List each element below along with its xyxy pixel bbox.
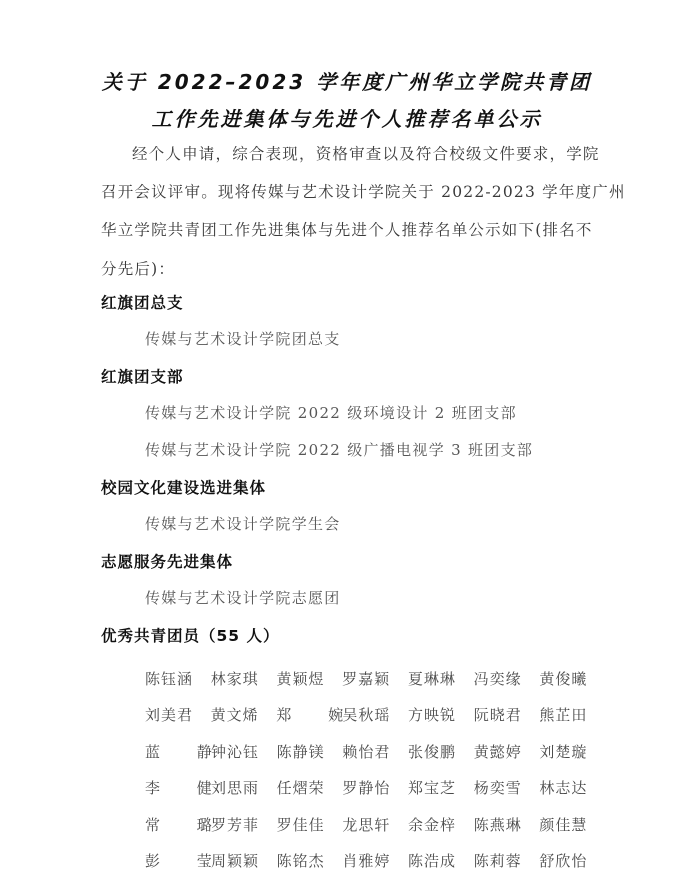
member-name: 冯奕缘 — [474, 668, 540, 689]
section-entry: 传媒与艺术设计学院志愿团 — [145, 587, 341, 608]
member-name-grid: 陈钰涵 林家琪 黄颖煜 罗嘉颖 夏琳琳 冯奕缘 黄俊曦 刘美君 黄文烯 郑 婉 … — [145, 660, 605, 879]
member-name: 黄俊曦 — [539, 668, 605, 689]
member-name: 刘美君 — [145, 704, 211, 725]
member-name: 刘思雨 — [211, 777, 277, 798]
intro-paragraph-line-2: 召开会议评审。现将传媒与艺术设计学院关于 2022-2023 学年度广州 — [101, 180, 587, 202]
section-heading-red-flag-general-branch: 红旗团总支 — [101, 291, 184, 313]
member-name: 舒欣怡 — [539, 850, 605, 871]
member-name: 黄懿婷 — [474, 741, 540, 762]
member-name: 钟沁钰 — [211, 741, 277, 762]
member-name: 阮晓君 — [474, 704, 540, 725]
member-row: 李 健 刘思雨 任熠荣 罗静怡 郑宝芝 杨奕雪 林志达 — [145, 770, 605, 807]
member-name: 颜佳慧 — [539, 814, 605, 835]
member-name: 陈燕琳 — [474, 814, 540, 835]
member-name: 龙思轩 — [342, 814, 408, 835]
member-name: 陈铭杰 — [277, 850, 343, 871]
member-name: 张俊鹏 — [408, 741, 474, 762]
member-name: 罗嘉颖 — [342, 668, 408, 689]
member-name: 陈静镁 — [277, 741, 343, 762]
member-name: 黄文烯 — [211, 704, 277, 725]
member-row: 蓝 静 钟沁钰 陈静镁 赖怡君 张俊鹏 黄懿婷 刘楚璇 — [145, 733, 605, 770]
member-name: 黄颖煜 — [276, 668, 342, 689]
intro-paragraph-line-4: 分先后)： — [101, 257, 587, 279]
member-name: 罗芳菲 — [211, 814, 277, 835]
member-row: 常 璐 罗芳菲 罗佳佳 龙思轩 余金梓 陈燕琳 颜佳慧 — [145, 806, 605, 843]
member-name: 陈浩成 — [408, 850, 474, 871]
section-entry: 传媒与艺术设计学院 2022 级广播电视学 3 班团支部 — [145, 439, 533, 460]
section-entry: 传媒与艺术设计学院 2022 级环境设计 2 班团支部 — [145, 402, 517, 423]
member-name: 郑宝芝 — [408, 777, 474, 798]
member-name: 杨奕雪 — [474, 777, 540, 798]
member-name: 吴秋瑶 — [342, 704, 408, 725]
member-name: 李 健 — [145, 777, 211, 798]
member-name: 周颖颖 — [211, 850, 277, 871]
document-title-line-2: 工作先进集体与先进个人推荐名单公示 — [0, 103, 694, 132]
section-heading-outstanding-members: 优秀共青团员（55 人） — [101, 624, 279, 646]
member-row: 陈钰涵 林家琪 黄颖煜 罗嘉颖 夏琳琳 冯奕缘 黄俊曦 — [145, 660, 605, 697]
member-name: 郑 婉 — [276, 704, 342, 725]
member-name: 常 璐 — [145, 814, 211, 835]
member-row: 刘美君 黄文烯 郑 婉 吴秋瑶 方映锐 阮晓君 熊芷田 — [145, 697, 605, 734]
member-name: 任熠荣 — [277, 777, 343, 798]
member-row: 彭 莹 周颖颖 陈铭杰 肖雅婷 陈浩成 陈莉蓉 舒欣怡 — [145, 843, 605, 880]
member-name: 肖雅婷 — [342, 850, 408, 871]
member-name: 罗佳佳 — [277, 814, 343, 835]
member-name: 林志达 — [539, 777, 605, 798]
intro-paragraph-line-3: 华立学院共青团工作先进集体与先进个人推荐名单公示如下(排名不 — [101, 218, 587, 240]
member-name: 赖怡君 — [342, 741, 408, 762]
member-name: 余金梓 — [408, 814, 474, 835]
intro-paragraph-line-1: 经个人申请，综合表现，资格审查以及符合校级文件要求，学院 — [132, 142, 618, 164]
member-name: 方映锐 — [408, 704, 474, 725]
section-heading-red-flag-branch: 红旗团支部 — [101, 365, 184, 387]
member-name: 刘楚璇 — [539, 741, 605, 762]
document-title-line-1: 关于 2022–2023 学年度广州华立学院共青团 — [0, 66, 694, 95]
member-name: 夏琳琳 — [408, 668, 474, 689]
section-entry: 传媒与艺术设计学院学生会 — [145, 513, 341, 534]
member-name: 林家琪 — [211, 668, 277, 689]
section-entry: 传媒与艺术设计学院团总支 — [145, 328, 341, 349]
section-heading-campus-culture-collective: 校园文化建设选进集体 — [101, 476, 266, 498]
member-name: 陈钰涵 — [145, 668, 211, 689]
section-heading-volunteer-service-collective: 志愿服务先进集体 — [101, 550, 233, 572]
member-name: 彭 莹 — [145, 850, 211, 871]
document-page: 关于 2022–2023 学年度广州华立学院共青团 工作先进集体与先进个人推荐名… — [0, 0, 694, 888]
member-name: 陈莉蓉 — [474, 850, 540, 871]
member-name: 蓝 静 — [145, 741, 211, 762]
member-name: 罗静怡 — [342, 777, 408, 798]
member-name: 熊芷田 — [539, 704, 605, 725]
